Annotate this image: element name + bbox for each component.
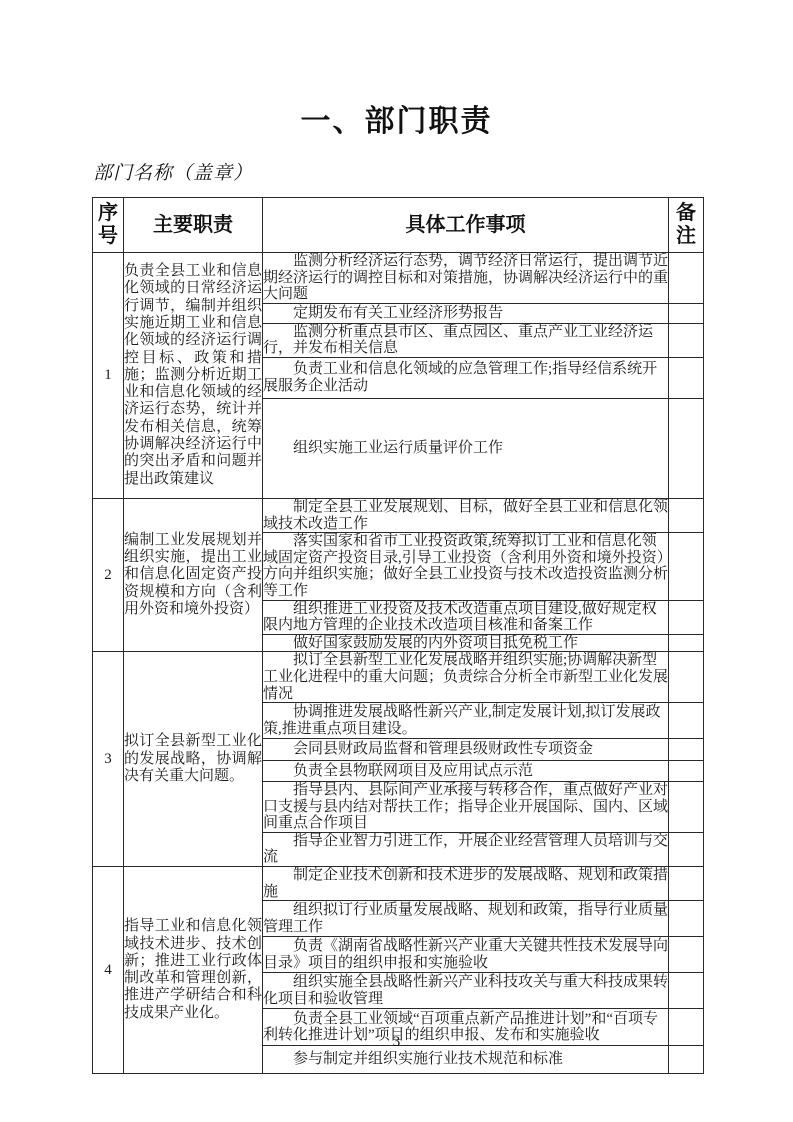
task-text: 指导企业智力引进工作，开展企业经营管理人员培训与交流: [263, 833, 668, 866]
page-title: 一、部门职责: [0, 0, 793, 139]
header-remark: 备注: [669, 198, 704, 253]
task-text: 制定企业技术创新和技术进步的发展战略、规划和政策措施: [263, 867, 668, 900]
remark-cell: [669, 901, 704, 937]
document-page: 一、部门职责 部门名称（盖章） 序号 主要职责 具体工作事项 备注 1负责全县工…: [0, 0, 793, 1122]
header-duty: 主要职责: [124, 198, 263, 253]
task-row: 2编制工业发展规划并组织实施，提出工业和信息化固定资产投资规模和方向（含利用外资…: [93, 498, 704, 532]
task-text: 落实国家和省市工业投资政策,统筹拟订工业和信息化领域固定资产投资目录,引导工业投…: [263, 533, 668, 599]
task-cell: 指导企业智力引进工作，开展企业经营管理人员培训与交流: [263, 832, 669, 866]
task-text: 协调推进发展战略性新兴产业,制定发展计划,拟订发展政策,推进重点项目建设。: [263, 704, 668, 737]
task-text: 参与制定并组织实施行业技术规范和标准: [263, 1051, 668, 1068]
task-text: 组织拟订行业质量发展战略、规划和政策，指导行业质量管理工作: [263, 902, 668, 935]
task-cell: 定期发布有关工业经济形势报告: [263, 303, 669, 323]
task-text: 组织推进工业投资及技术改造重点项目建设,做好规定权限内地方管理的企业技术改造项目…: [263, 601, 668, 634]
task-text: 负责《湖南省战略性新兴产业重大关键共性技术发展导向目录》项目的组织申报和实施验收: [263, 938, 668, 971]
task-text: 定期发布有关工业经济形势报告: [263, 305, 668, 322]
task-text: 组织实施工业运行质量评价工作: [263, 440, 668, 457]
task-text: 监测分析重点县市区、重点园区、重点产业工业经济运行，并发布相关信息: [263, 324, 668, 357]
task-cell: 监测分析经济运行态势，调节经济日常运行，提出调节近期经济运行的调控目标和对策措施…: [263, 253, 669, 304]
remark-cell: [669, 253, 704, 304]
duties-table-body: 1负责全县工业和信息化领域的日常经济运行调节，编制并组织实施近期工业和信息化领域…: [93, 253, 704, 1074]
task-cell: 负责《湖南省战略性新兴产业重大关键共性技术发展导向目录》项目的组织申报和实施验收: [263, 937, 669, 973]
task-cell: 拟订全县新型工业化发展战略并组织实施;协调解决新型工业化进程中的重大问题；负责综…: [263, 652, 669, 703]
remark-cell: [669, 398, 704, 498]
remark-cell: [669, 323, 704, 357]
header-row: 序号 主要职责 具体工作事项 备注: [93, 198, 704, 253]
remark-cell: [669, 782, 704, 833]
seq-cell: 3: [93, 652, 124, 867]
task-cell: 协调推进发展战略性新兴产业,制定发展计划,拟订发展政策,推进重点项目建设。: [263, 703, 669, 739]
page-number: 3: [0, 1034, 793, 1051]
remark-cell: [669, 937, 704, 973]
task-text: 会同县财政局监督和管理县级财政性专项资金: [263, 741, 668, 758]
task-cell: 监测分析重点县市区、重点园区、重点产业工业经济运行，并发布相关信息: [263, 323, 669, 357]
task-cell: 组织实施全县战略性新兴产业科技攻关与重大科技成果转化项目和验收管理: [263, 973, 669, 1009]
remark-cell: [669, 739, 704, 761]
header-seq: 序号: [93, 198, 124, 253]
header-tasks: 具体工作事项: [263, 198, 669, 253]
remark-cell: [669, 832, 704, 866]
remark-cell: [669, 303, 704, 323]
remark-cell: [669, 973, 704, 1009]
remark-cell: [669, 634, 704, 652]
duty-cell: 负责全县工业和信息化领域的日常经济运行调节，编制并组织实施近期工业和信息化领域的…: [124, 253, 263, 499]
remark-cell: [669, 761, 704, 782]
task-row: 1负责全县工业和信息化领域的日常经济运行调节，编制并组织实施近期工业和信息化领域…: [93, 253, 704, 304]
task-row: 3拟订全县新型工业化的发展战略，协调解决有关重大问题。拟订全县新型工业化发展战略…: [93, 652, 704, 703]
task-cell: 组织推进工业投资及技术改造重点项目建设,做好规定权限内地方管理的企业技术改造项目…: [263, 600, 669, 634]
remark-cell: [669, 600, 704, 634]
task-text: 负责工业和信息化领域的应急管理工作;指导经信系统开展服务企业活动: [263, 361, 668, 394]
task-text: 做好国家鼓励发展的内外资项目抵免税工作: [263, 635, 668, 652]
remark-cell: [669, 357, 704, 398]
task-text: 制定全县工业发展规划、目标，做好全县工业和信息化领域技术改造工作: [263, 499, 668, 532]
remark-cell: [669, 703, 704, 739]
task-cell: 做好国家鼓励发展的内外资项目抵免税工作: [263, 634, 669, 652]
task-cell: 落实国家和省市工业投资政策,统筹拟订工业和信息化领域固定资产投资目录,引导工业投…: [263, 533, 669, 600]
task-cell: 指导县内、县际间产业承接与转移合作，重点做好产业对口支援与县内结对帮扶工作；指导…: [263, 782, 669, 833]
remark-cell: [669, 652, 704, 703]
department-name-label: 部门名称（盖章）: [93, 163, 793, 184]
task-text: 负责全县物联网项目及应用试点示范: [263, 763, 668, 780]
remark-cell: [669, 533, 704, 600]
task-cell: 制定企业技术创新和技术进步的发展战略、规划和政策措施: [263, 867, 669, 901]
duty-cell: 拟订全县新型工业化的发展战略，协调解决有关重大问题。: [124, 652, 263, 867]
task-cell: 会同县财政局监督和管理县级财政性专项资金: [263, 739, 669, 761]
remark-cell: [669, 498, 704, 532]
seq-cell: 2: [93, 498, 124, 651]
duty-cell: 编制工业发展规划并组织实施，提出工业和信息化固定资产投资规模和方向（含利用外资和…: [124, 498, 263, 651]
task-text: 组织实施全县战略性新兴产业科技攻关与重大科技成果转化项目和验收管理: [263, 974, 668, 1007]
task-cell: 负责工业和信息化领域的应急管理工作;指导经信系统开展服务企业活动: [263, 357, 669, 398]
task-cell: 组织实施工业运行质量评价工作: [263, 398, 669, 498]
task-row: 4指导工业和信息化领域技术进步、技术创新；推进工业行政体制改革和管理创新，推进产…: [93, 867, 704, 901]
duties-table: 序号 主要职责 具体工作事项 备注 1负责全县工业和信息化领域的日常经济运行调节…: [92, 197, 704, 1074]
task-cell: 制定全县工业发展规划、目标，做好全县工业和信息化领域技术改造工作: [263, 498, 669, 532]
task-text: 拟订全县新型工业化发展战略并组织实施;协调解决新型工业化进程中的重大问题；负责综…: [263, 652, 668, 702]
task-text: 指导县内、县际间产业承接与转移合作，重点做好产业对口支援与县内结对帮扶工作；指导…: [263, 782, 668, 832]
remark-cell: [669, 867, 704, 901]
task-cell: 负责全县物联网项目及应用试点示范: [263, 761, 669, 782]
seq-cell: 1: [93, 253, 124, 499]
task-cell: 组织拟订行业质量发展战略、规划和政策，指导行业质量管理工作: [263, 901, 669, 937]
task-text: 监测分析经济运行态势，调节经济日常运行，提出调节近期经济运行的调控目标和对策措施…: [263, 253, 668, 303]
